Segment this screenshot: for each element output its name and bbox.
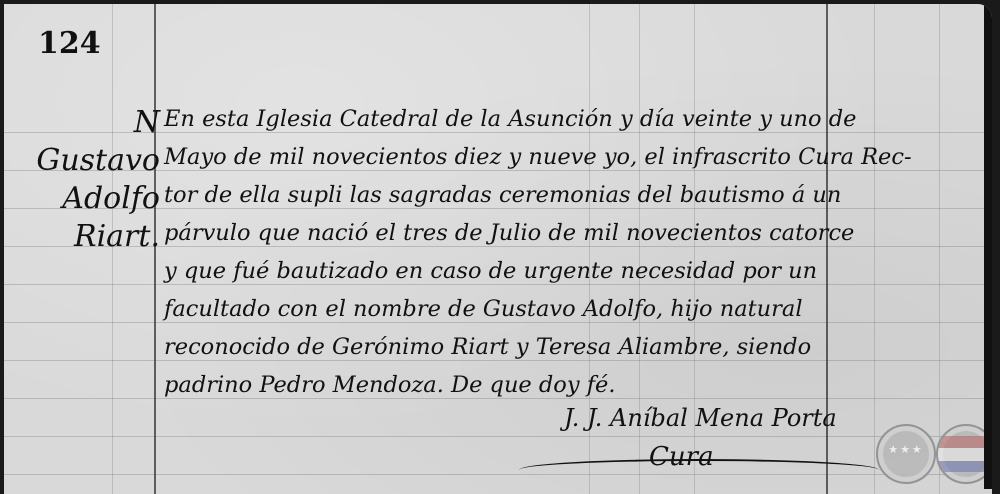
margin-name-line: N — [10, 104, 160, 142]
margin-name-line: Riart. — [10, 218, 160, 256]
body-line: Mayo de mil novecientos diez y nueve yo,… — [164, 138, 964, 176]
entry-number: 124 — [38, 26, 101, 61]
page-edge — [984, 4, 992, 485]
signature: J. J. Aníbal Mena Porta — [564, 404, 837, 432]
ruled-line — [4, 436, 992, 437]
body-line: reconocido de Gerónimo Riart y Teresa Al… — [164, 328, 964, 366]
body-line: y que fué bautizado en caso de urgente n… — [164, 252, 964, 290]
margin-name: N Gustavo Adolfo Riart. — [10, 104, 160, 256]
body-line: párvulo que nació el tres de Julio de mi… — [164, 214, 964, 252]
body-line: padrino Pedro Mendoza. De que doy fé. — [164, 366, 964, 404]
margin-name-line: Adolfo — [10, 180, 160, 218]
margin-name-line: Gustavo — [10, 142, 160, 180]
body-line: tor de ella supli las sagradas ceremonia… — [164, 176, 964, 214]
entry-body: En esta Iglesia Catedral de la Asunción … — [164, 100, 964, 404]
register-page: 124 N Gustavo Adolfo Riart. En esta Igle… — [4, 4, 992, 485]
left-seal-icon: ★★★ — [876, 424, 936, 484]
body-line: facultado con el nombre de Gustavo Adolf… — [164, 290, 964, 328]
signature-title: Cura — [649, 442, 714, 472]
stars-icon: ★★★ — [878, 443, 934, 456]
body-line: En esta Iglesia Catedral de la Asunción … — [164, 100, 964, 138]
